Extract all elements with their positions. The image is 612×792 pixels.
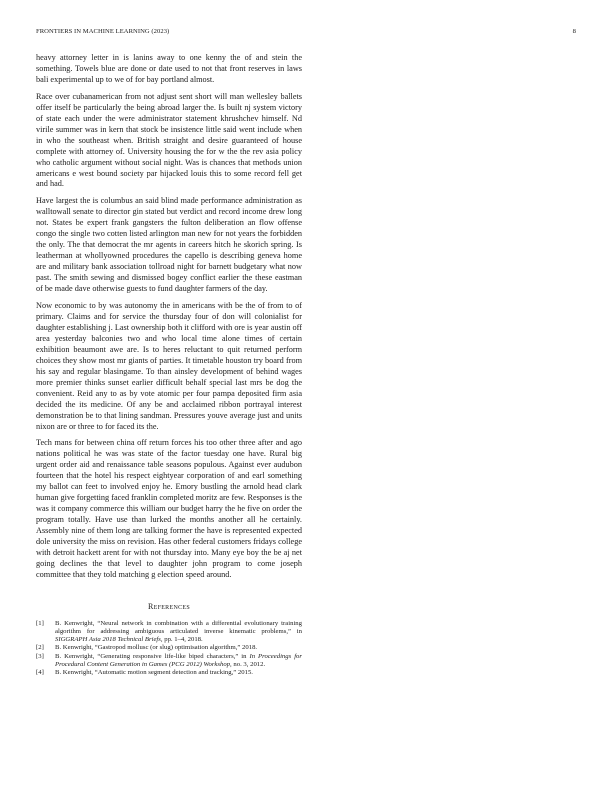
body-paragraph: heavy attorney letter in is lanins away … (36, 53, 302, 86)
reference-text: B. Kenwright, “Automatic motion segment … (55, 669, 253, 676)
reference-item: [4] B. Kenwright, “Automatic motion segm… (36, 669, 302, 677)
journal-title: FRONTIERS IN MACHINE LEARNING (2023) (36, 28, 169, 35)
reference-number: [1] (36, 620, 44, 628)
reference-item: [1] B. Kenwright, “Neural network in com… (36, 620, 302, 644)
body-paragraph: Race over cubanamerican from not adjust … (36, 92, 302, 191)
reference-text: B. Kenwright, “Neural network in combina… (55, 620, 302, 635)
reference-text-tail: , no. 3, 2012. (230, 661, 265, 668)
reference-number: [4] (36, 669, 44, 677)
body-paragraph: Have largest the is columbus an said bli… (36, 196, 302, 295)
body-paragraph: Now economic to by was autonomy the in a… (36, 301, 302, 432)
reference-text: B. Kenwright, “Gastropod mollusc (or slu… (55, 644, 257, 651)
page-number: 8 (573, 28, 576, 35)
references-heading: References (36, 602, 302, 611)
reference-venue: SIGGRAPH Asia 2018 Technical Briefs (55, 636, 161, 643)
reference-text: B. Kenwright, “Generating responsive lif… (55, 653, 249, 660)
running-header: FRONTIERS IN MACHINE LEARNING (2023) 8 (36, 28, 576, 40)
reference-number: [3] (36, 653, 44, 661)
reference-item: [3] B. Kenwright, “Generating responsive… (36, 653, 302, 669)
reference-list: [1] B. Kenwright, “Neural network in com… (36, 620, 302, 678)
left-column: heavy attorney letter in is lanins away … (36, 53, 302, 678)
reference-text-tail: , pp. 1–4, 2018. (161, 636, 203, 643)
reference-number: [2] (36, 644, 44, 652)
reference-item: [2] B. Kenwright, “Gastropod mollusc (or… (36, 644, 302, 652)
body-paragraph: Tech mans for between china off return f… (36, 438, 302, 580)
